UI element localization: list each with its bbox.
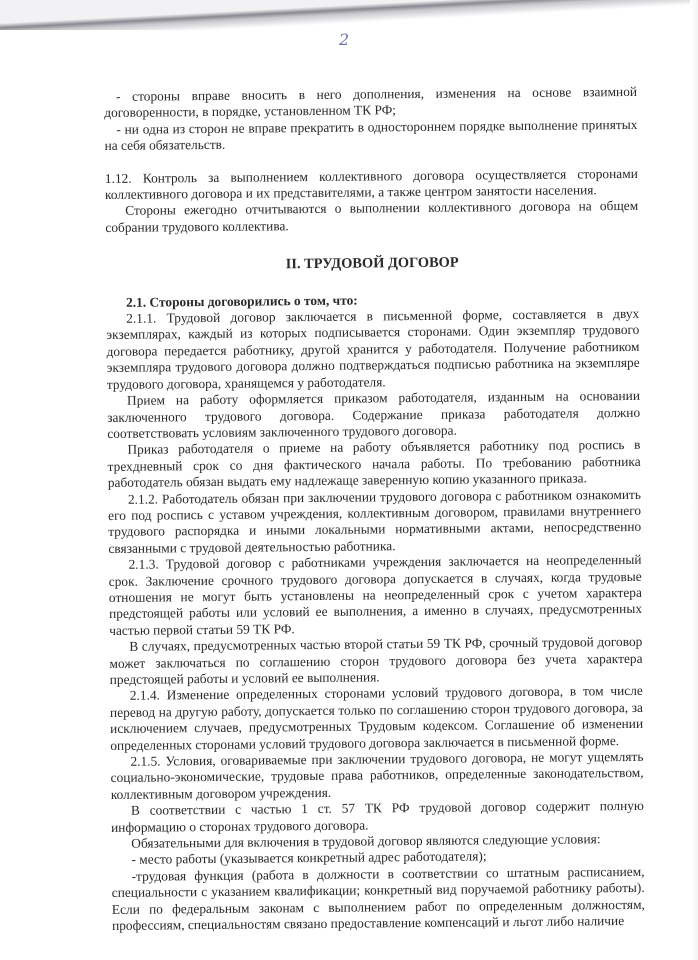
document-body: - стороны вправе вносить в него дополнен… [104, 84, 645, 935]
clause-2-1-4: 2.1.4. Изменение определенных сторонами … [110, 683, 644, 754]
annual-report-paragraph: Стороны ежегодно отчитываются о выполнен… [105, 198, 638, 236]
clause-2-1-3: 2.1.3. Трудовой договор с работниками уч… [108, 552, 642, 639]
bullet-amendments: - стороны вправе вносить в него дополнен… [104, 84, 637, 122]
paragraph-order-announcement: Приказ работодателя о приеме на работу о… [107, 437, 640, 491]
bullet-no-unilateral: - ни одна из сторон не вправе прекратить… [104, 117, 637, 155]
paragraph-fixed-term: В случаях, предусмотренных частью второй… [109, 634, 642, 688]
handwritten-page-number: 2 [339, 30, 349, 49]
clause-2-1-2: 2.1.2. Работодатель обязан при заключени… [108, 486, 642, 557]
scan-edge-shadow [0, 0, 698, 30]
paragraph-hiring-order: Прием на работу оформляется приказом раб… [107, 388, 640, 442]
condition-labor-function: -трудовая функция (работа в должности в … [111, 864, 645, 935]
clause-2-1-5: 2.1.5. Условия, оговариваемые при заключ… [110, 749, 643, 803]
clause-1-12: 1.12. Контроль за выполнением коллективн… [105, 166, 638, 204]
scan-edge-right [690, 0, 698, 960]
clause-2-1-1: 2.1.1. Трудовой договор заключается в пи… [106, 306, 640, 393]
section-title: II. ТРУДОВОЙ ДОГОВОР [106, 253, 639, 275]
paragraph-article-57: В соответствии с частью 1 ст. 57 ТК РФ т… [111, 798, 644, 836]
